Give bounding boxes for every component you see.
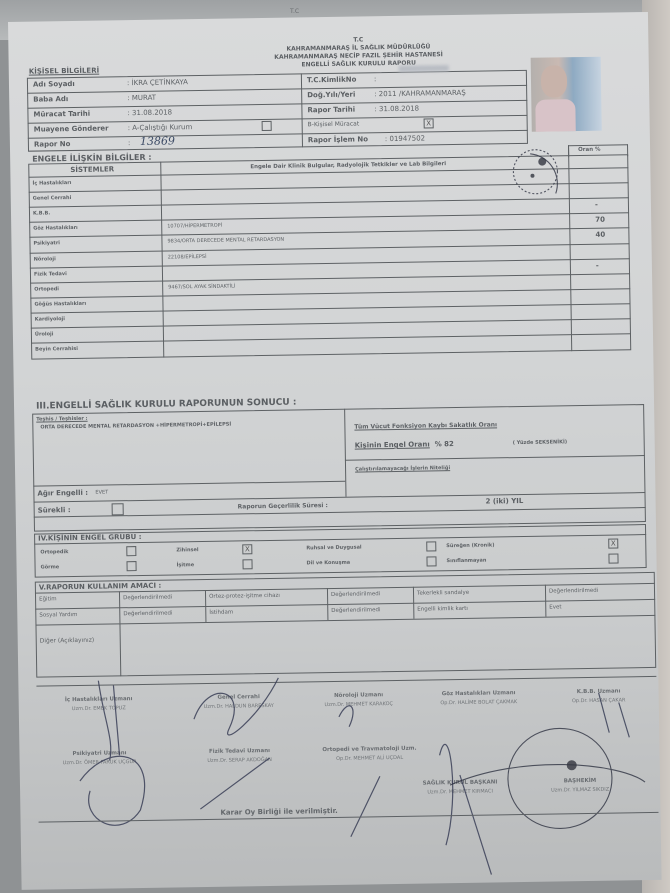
birth-value: : 2011 /KAHRAMANMARAŞ (374, 89, 466, 98)
signature-title: Göz Hastalıkları Uzmanı (419, 690, 539, 698)
signature-title: Psikiyatri Uzmanı (39, 750, 159, 758)
system-finding: 9467/SOL AYAK SİNDAKTİLİ (168, 283, 235, 290)
photo-face (541, 65, 567, 97)
tc-id-value: : (374, 75, 376, 83)
father-name-label: Baba Adı (33, 95, 68, 104)
signature-doctor: Op.Dr. HALİME BOLAT ÇAKMAK (419, 699, 539, 707)
signature-doctor: Uzm.Dr. SERAP AKDOĞAN (180, 757, 300, 765)
usage-cell: Değerlendirilmedi (549, 588, 598, 595)
group-label: Dil ve Konuşma (306, 560, 350, 567)
signature-title: Genel Cerrahi (179, 694, 299, 702)
signature-title: Ortopedi ve Travmatoloji Uzm. (309, 745, 429, 753)
signature-doctor: Uzm.Dr. YILMAZ SIKDIZ (520, 786, 640, 794)
photo-shirt (535, 99, 575, 132)
name-value: : İKRA ÇETİNKAYA (127, 78, 188, 87)
group-checkbox[interactable] (242, 559, 252, 569)
personal-application-label: B-Kişisel Müracat (308, 120, 360, 128)
system-name: İç Hastalıkları (32, 180, 71, 187)
validity-label: Raporun Geçerlilik Süresi : (238, 502, 328, 510)
application-date-value: : 31.08.2018 (127, 108, 172, 117)
usage-cell: Değerlendirilmedi (123, 610, 172, 617)
system-rate: 40 (595, 231, 605, 239)
group-checkbox[interactable]: X (608, 538, 618, 548)
system-name: Nöroloji (34, 256, 56, 262)
disability-rate-value: % 82 (435, 440, 454, 448)
usage-cell: İstihdam (209, 610, 233, 616)
group-checkbox[interactable] (608, 553, 618, 563)
signature-doctor: Uzm.Dr. MEHMET KIRMACI (400, 788, 520, 796)
report-no-handwritten: 13869 (140, 134, 175, 148)
permanent-checkbox[interactable] (112, 503, 124, 515)
group-label: Ruhsal ve Duygusal (306, 545, 361, 552)
system-name: Genel Cerrahi (33, 195, 72, 202)
signature-doctor: Op.Dr. HASAN ÇAKAR (539, 697, 659, 705)
disability-report-document: T.C KAHRAMANMARAŞ İL SAĞLIK MÜDÜRLÜĞÜ KA… (8, 12, 662, 890)
report-no-label: Rapor No (34, 140, 71, 149)
col-rate: Oran % (578, 147, 601, 153)
report-date-label: Rapor Tarihi (307, 106, 355, 115)
usage-cell: Tekerlekli sandalye (417, 590, 469, 597)
personal-application-checkbox[interactable]: X (424, 118, 434, 128)
signature-title: BAŞHEKİM (520, 777, 640, 785)
tc-id-label: T.C.KimlikNo (307, 76, 357, 85)
signature-doctor: Uzm.Dr. ÖMER FARUK UÇGUR (40, 759, 160, 767)
signature-title: SAĞLIK KURUL BAŞKANI (400, 779, 520, 787)
severe-value: EVET (95, 489, 108, 495)
personal-info-title: KİŞİSEL BİLGİLERİ (29, 67, 100, 76)
system-name: Fizik Tedavi (34, 271, 67, 278)
name-label: Adı Soyadı (33, 80, 75, 89)
system-name: Psikiyatri (33, 241, 60, 247)
group-checkbox[interactable]: X (242, 544, 252, 554)
birth-label: Doğ.Yılı/Yeri (307, 91, 355, 100)
group-label: Ortopedik (40, 549, 68, 555)
group-label: Süreğen (Kronik) (446, 542, 494, 549)
usage-cell: Engelli kimlik kartı (417, 606, 468, 613)
system-name: Kardiyoloji (35, 316, 65, 322)
sender-value: : A-Çalıştığı Kurum (128, 123, 193, 132)
signature-title: Nöroloji Uzmanı (299, 692, 419, 700)
sender-checkbox[interactable] (262, 121, 272, 131)
report-no-colon: : (128, 139, 130, 147)
system-finding: 10707/HİPERMETROPİ (167, 223, 222, 230)
group-checkbox[interactable] (426, 556, 436, 566)
signature-doctor: Uzm.Dr. MEHMET KARAKOÇ (299, 701, 419, 709)
group-checkbox[interactable] (126, 561, 136, 571)
system-name: Göz Hastalıkları (33, 225, 78, 232)
report-date-value: : 31.08.2018 (374, 105, 419, 114)
signature-title: K.B.B. Uzmanı (539, 688, 659, 696)
system-name: Üroloji (35, 331, 54, 337)
group-checkbox[interactable] (126, 546, 136, 556)
group-label: İşitme (177, 562, 195, 568)
system-finding: 22108/EPİLEPSİ (168, 253, 207, 260)
usage-cell: Eğitim (39, 596, 57, 602)
redacted-id (399, 65, 449, 72)
system-rate: - (596, 261, 599, 269)
group-title: IV.KİŞİNİN ENGEL GRUBU : (38, 533, 141, 543)
top-mark: T.C (290, 8, 299, 15)
group-label: Sınıflanmayan (446, 558, 486, 565)
usage-cell: Değerlendirilmedi (331, 607, 380, 614)
patient-photo (531, 57, 602, 132)
signature-doctor: Uzm.Dr. HALDUN BARESKAY (179, 703, 299, 711)
group-checkbox[interactable] (426, 541, 436, 551)
application-date-label: Müracat Tarihi (33, 110, 90, 119)
disability-rate-words: ( Yüzde SEKSENİKİ) (513, 439, 568, 446)
sender-label: Muayene Gönderer (34, 124, 109, 133)
father-name-value: : MURAT (127, 94, 156, 102)
report-process-no-label: Rapor İşlem No (308, 135, 368, 144)
system-name: Beyin Cerrahisi (35, 346, 78, 353)
group-label: Zihinsel (176, 547, 198, 553)
system-rate: 70 (595, 216, 605, 224)
diagnosis-label: Teşhis / Teşhisler : (36, 416, 87, 423)
footer-decision: Karar Oy Birliği ile verilmiştir. (220, 807, 337, 817)
disability-rate-label: Kişinin Engel Oranı (355, 440, 430, 449)
system-name: Ortopedi (34, 286, 59, 292)
usage-cell: Evet (549, 604, 561, 610)
system-rate: - (595, 201, 598, 209)
signature-title: Fizik Tedavi Uzmanı (179, 748, 299, 756)
system-name: K.B.B. (33, 211, 50, 217)
usage-cell: Değerlendirilmedi (123, 594, 172, 601)
permanent-label: Sürekli : (38, 506, 71, 515)
col-systems: SİSTEMLER (70, 165, 114, 174)
system-name: Göğüs Hastalıkları (34, 301, 86, 308)
usage-cell: Sosyal Yardım (39, 612, 77, 619)
personal-info-table (27, 70, 528, 152)
report-process-no-value: : 01947502 (385, 134, 425, 143)
signature-doctor: Op.Dr. MEHMET ALİ UÇDAL (310, 754, 430, 762)
document-header: T.C KAHRAMANMARAŞ İL SAĞLIK MÜDÜRLÜĞÜ KA… (208, 34, 508, 71)
group-label: Görme (41, 564, 60, 570)
other-label: Diğer (Açıklayınız) (40, 637, 95, 645)
disability-info-table (28, 154, 631, 359)
severe-label: Ağır Engelli : (37, 489, 88, 498)
usage-cell: Değerlendirilmedi (331, 591, 380, 598)
validity-value: 2 (iki) YIL (486, 497, 524, 506)
signature-title: İç Hastalıkları Uzmanı (39, 696, 159, 704)
signature-doctor: Uzm.Dr. EMEK TOPUZ (39, 705, 159, 713)
usage-cell: Ortez-protez-işitme cihazı (209, 593, 280, 600)
